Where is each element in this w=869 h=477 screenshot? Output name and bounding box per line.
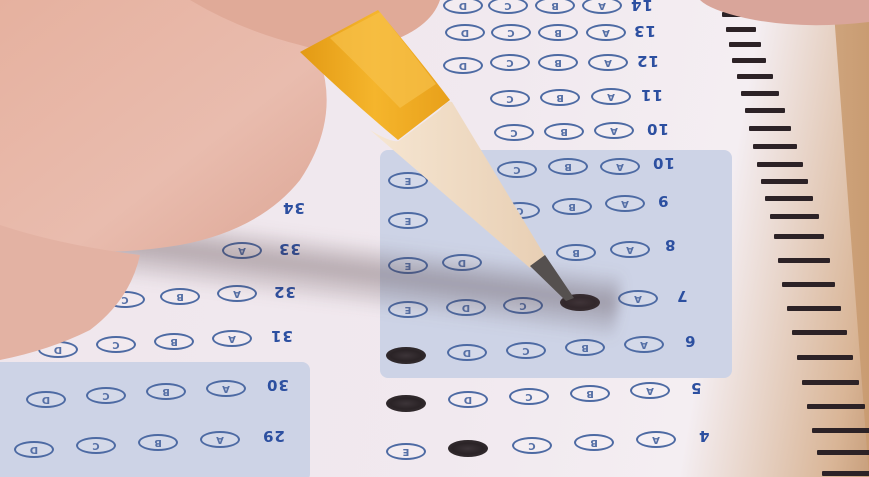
fingertip-top-right <box>700 0 869 25</box>
photo-scene: 14 A B C D 13 A B C D 12 A B C D 11 A B … <box>0 0 869 477</box>
hand-and-pencil <box>0 0 869 477</box>
pencil-graphite <box>530 255 574 301</box>
